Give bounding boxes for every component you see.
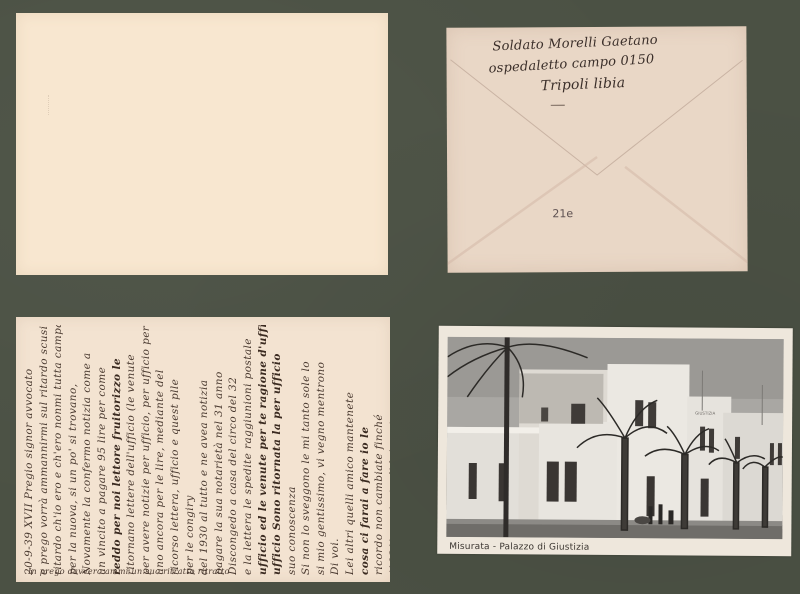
letter-line: cosa ci farai a fare io le bbox=[358, 325, 373, 575]
postcard-caption: Misurata - Palazzo di Giustizia bbox=[449, 542, 589, 553]
letter-line: ritornano lettere dell'ufficio (le venut… bbox=[124, 325, 139, 575]
palazzo-photo: GIUSTIZIA bbox=[446, 337, 783, 539]
letter-line: uno ancora per le lire, mediante del bbox=[153, 325, 168, 575]
letter-line: e prego vorrà ammannirmi sul ritardo scu… bbox=[37, 325, 52, 575]
blank-postcard[interactable] bbox=[16, 13, 388, 275]
letter-line: e la lettera le spedite raggiunioni post… bbox=[241, 325, 256, 575]
letter-line: 20-9-39 XVII Pregio signor avvocato bbox=[22, 325, 37, 575]
letter-line: Lei altri quelli amico mantenete bbox=[343, 325, 358, 575]
letter-line: Novamente la confermo notizia come a bbox=[80, 325, 95, 575]
letter-line: Si non lo sveggono le mi tanto sole lo bbox=[299, 325, 314, 575]
letter-line: si mio gentissimo, vi vegno mentrono bbox=[314, 325, 329, 575]
letter-text-block: 20-9-39 XVII Pregio signor avvocato e pr… bbox=[18, 319, 388, 581]
letter-line: ricorso lettera, ufficio e quest plle bbox=[168, 325, 183, 575]
envelope-back[interactable]: Soldato Morelli Gaetano ospedaletto camp… bbox=[446, 26, 747, 273]
letter-line: ufficio Sono ritornata la per ufficio bbox=[270, 325, 285, 575]
letter-line: suo conoscenza bbox=[285, 325, 300, 575]
building-sign: GIUSTIZIA bbox=[695, 411, 715, 416]
letter-line: Di voi. bbox=[328, 325, 343, 575]
building-illustration: GIUSTIZIA bbox=[446, 337, 783, 539]
letter-line: ritardo ch'io ero e ch'ero nonmi tutta c… bbox=[51, 325, 66, 575]
pencil-note: 21e bbox=[552, 207, 573, 220]
letter-line: un vincito a pagare 95 lire per come bbox=[95, 325, 110, 575]
letter-line: per la nuova, si un po' si trovano, bbox=[66, 325, 81, 575]
sender-address: Soldato Morelli Gaetano ospedaletto camp… bbox=[488, 32, 718, 93]
faint-pencil-mark bbox=[48, 95, 75, 115]
photo-postcard[interactable]: GIUSTIZIA bbox=[437, 326, 793, 556]
letter-line: per avere notizie per ufficio, per uffic… bbox=[139, 325, 154, 575]
letter-footer-line: In prego davvero ammi un suo ritratto ri… bbox=[28, 567, 230, 576]
letter-line: ricordo non cambiate finché bbox=[372, 325, 387, 575]
letter-line: pagare la sua notarietà nel 31 anno bbox=[212, 325, 227, 575]
letter-line: reddo per noi lettore fruitorizzo le bbox=[110, 325, 125, 575]
letter-line: (1931) ne vivate di lui conte bbox=[387, 325, 390, 575]
letter-line: del 1930 al tutto e ne avea notizia bbox=[197, 325, 212, 575]
letter-line: ufficio ed le venute per te ragione d'uf… bbox=[256, 325, 271, 575]
letter-line: per le congiry bbox=[183, 325, 198, 575]
letter-line: Discongedo a casa del circo del 32 bbox=[226, 325, 241, 575]
handwritten-postcard[interactable]: 20-9-39 XVII Pregio signor avvocato e pr… bbox=[16, 317, 390, 582]
